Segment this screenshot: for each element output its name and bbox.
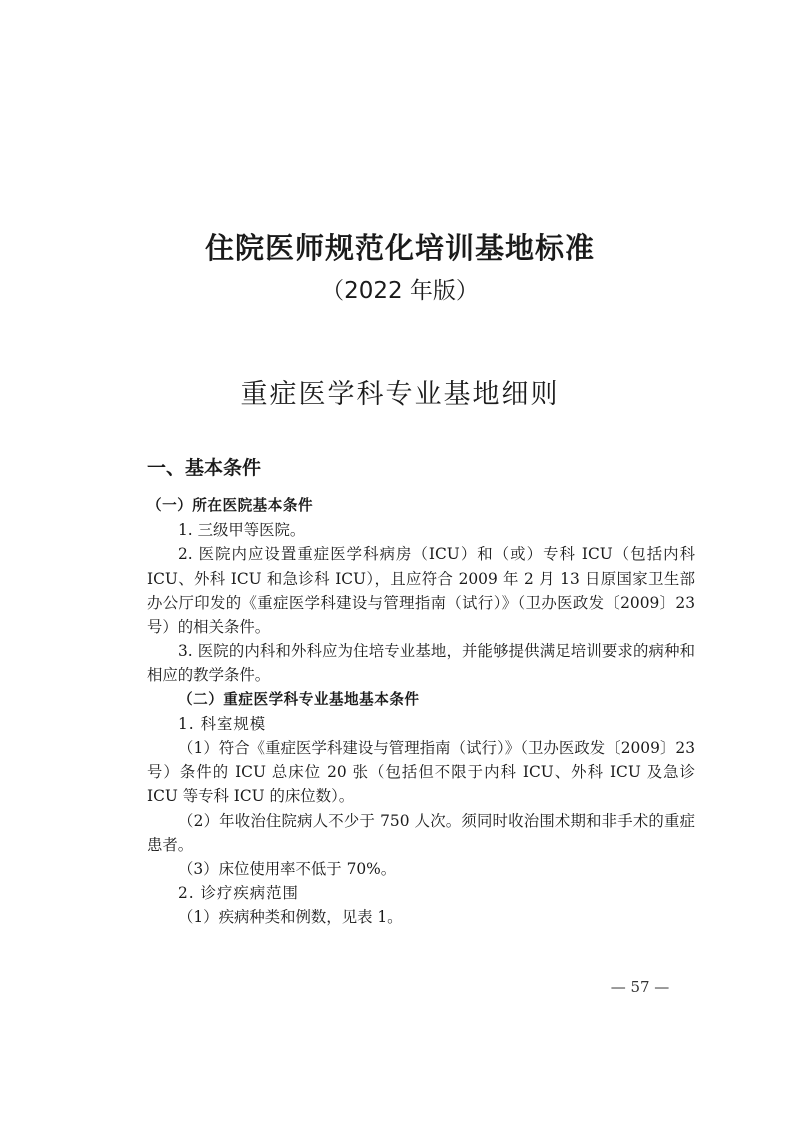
paragraph-item: （2）年收治住院病人不少于 750 人次。须同时收治围术期和非手术的重症患者。	[147, 809, 695, 857]
document-title: 住院医师规范化培训基地标准	[0, 226, 800, 267]
part-heading-department-scale: 1. 科室规模	[147, 712, 695, 736]
section-heading-basic-conditions: 一、基本条件	[147, 456, 695, 482]
paragraph-item: 1. 三级甲等医院。	[147, 518, 695, 542]
paragraph-item: （1）疾病种类和例数，见表 1。	[147, 905, 695, 929]
part-heading-disease-scope: 2. 诊疗疾病范围	[147, 881, 695, 905]
document-edition: （2022 年版）	[0, 272, 800, 305]
document-body: 一、基本条件 （一）所在医院基本条件 1. 三级甲等医院。 2. 医院内应设置重…	[147, 456, 695, 930]
subsection-heading-hospital-conditions: （一）所在医院基本条件	[147, 494, 695, 518]
subsection-heading-icu-base-conditions: （二）重症医学科专业基地基本条件	[147, 688, 695, 712]
paragraph-item: 2. 医院内应设置重症医学科病房（ICU）和（或）专科 ICU（包括内科 ICU…	[147, 542, 695, 639]
paragraph-item: 3. 医院的内科和外科应为住培专业基地，并能够提供满足培训要求的病种和相应的教学…	[147, 639, 695, 687]
document-subtitle: 重症医学科专业基地细则	[0, 372, 800, 411]
page-number: — 57 —	[580, 978, 700, 996]
paragraph-item: （1）符合《重症医学科建设与管理指南（试行）》（卫办医政发〔2009〕23 号）…	[147, 736, 695, 809]
paragraph-item: （3）床位使用率不低于 70%。	[147, 857, 695, 881]
